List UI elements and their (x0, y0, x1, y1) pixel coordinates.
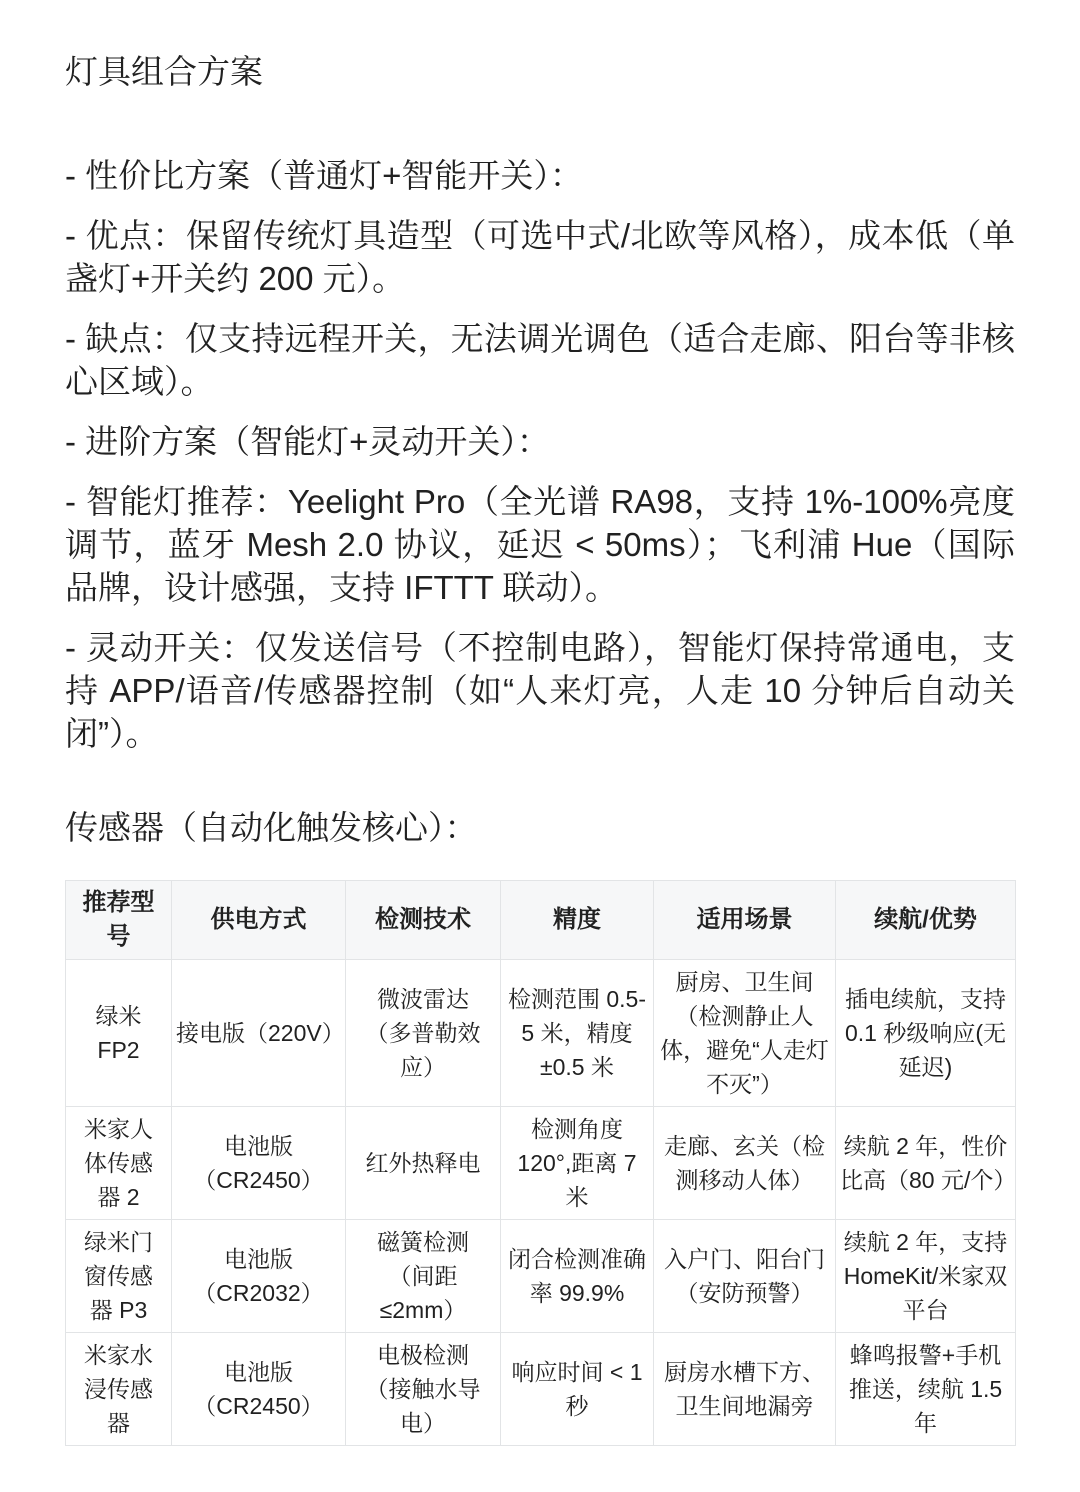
table-cell: 绿米FP2 (66, 960, 172, 1107)
table-header-technology: 检测技术 (346, 881, 501, 960)
table-header-power: 供电方式 (172, 881, 346, 960)
table-header-precision: 精度 (501, 881, 654, 960)
table-cell: 绿米门窗传感器 P3 (66, 1220, 172, 1333)
table-cell: 接电版（220V） (172, 960, 346, 1107)
table-cell: 电池版（CR2032） (172, 1220, 346, 1333)
table-cell: 电池版（CR2450） (172, 1107, 346, 1220)
paragraph-pros: - 优点：保留传统灯具造型（可选中式/北欧等风格），成本低（单盏灯+开关约 20… (65, 214, 1015, 300)
table-cell: 续航 2 年，支持 HomeKit/米家双平台 (836, 1220, 1016, 1333)
paragraph-advanced-plan: - 进阶方案（智能灯+灵动开关）： (65, 420, 1015, 463)
table-cell: 红外热释电 (346, 1107, 501, 1220)
table-row: 绿米FP2 接电版（220V） 微波雷达（多普勒效应） 检测范围 0.5-5 米… (66, 960, 1016, 1107)
section-heading-sensors: 传感器（自动化触发核心）： (65, 806, 1015, 849)
table-header-model: 推荐型号 (66, 881, 172, 960)
table-cell: 厨房水槽下方、卫生间地漏旁 (654, 1333, 836, 1446)
paragraph-cons: - 缺点：仅支持远程开关，无法调光调色（适合走廊、阳台等非核心区域）。 (65, 317, 1015, 403)
table-cell: 检测范围 0.5-5 米，精度±0.5 米 (501, 960, 654, 1107)
table-row: 绿米门窗传感器 P3 电池版（CR2032） 磁簧检测（间距≤2mm） 闭合检测… (66, 1220, 1016, 1333)
paragraph-smart-light-recommendation: - 智能灯推荐：Yeelight Pro（全光谱 RA98，支持 1%-100%… (65, 480, 1015, 609)
table-cell: 微波雷达（多普勒效应） (346, 960, 501, 1107)
table-row: 米家人体传感器 2 电池版（CR2450） 红外热释电 检测角度 120°,距离… (66, 1107, 1016, 1220)
document-page: 灯具组合方案 - 性价比方案（普通灯+智能开关）： - 优点：保留传统灯具造型（… (0, 0, 1080, 1492)
table-cell: 电池版（CR2450） (172, 1333, 346, 1446)
table-cell: 入户门、阳台门（安防预警） (654, 1220, 836, 1333)
table-cell: 米家人体传感器 2 (66, 1107, 172, 1220)
paragraph-wireless-switch: - 灵动开关：仅发送信号（不控制电路），智能灯保持常通电，支持 APP/语音/传… (65, 626, 1015, 755)
table-cell: 检测角度 120°,距离 7 米 (501, 1107, 654, 1220)
table-cell: 米家水浸传感器 (66, 1333, 172, 1446)
table-cell: 磁簧检测（间距≤2mm） (346, 1220, 501, 1333)
table-cell: 插电续航，支持 0.1 秒级响应(无延迟) (836, 960, 1016, 1107)
table-cell: 闭合检测准确率 99.9% (501, 1220, 654, 1333)
table-row: 米家水浸传感器 电池版（CR2450） 电极检测（接触水导电） 响应时间 < 1… (66, 1333, 1016, 1446)
page-title: 灯具组合方案 (65, 50, 1015, 93)
sensor-comparison-table: 推荐型号 供电方式 检测技术 精度 适用场景 续航/优势 绿米FP2 接电版（2… (65, 880, 1016, 1446)
table-cell: 厨房、卫生间（检测静止人体，避免“人走灯不灭”） (654, 960, 836, 1107)
table-header-scenario: 适用场景 (654, 881, 836, 960)
paragraph-budget-plan: - 性价比方案（普通灯+智能开关）： (65, 154, 1015, 197)
table-header-battery-advantage: 续航/优势 (836, 881, 1016, 960)
table-cell: 响应时间 < 1 秒 (501, 1333, 654, 1446)
table-cell: 电极检测（接触水导电） (346, 1333, 501, 1446)
table-header-row: 推荐型号 供电方式 检测技术 精度 适用场景 续航/优势 (66, 881, 1016, 960)
table-cell: 蜂鸣报警+手机推送，续航 1.5 年 (836, 1333, 1016, 1446)
table-cell: 续航 2 年，性价比高（80 元/个） (836, 1107, 1016, 1220)
table-cell: 走廊、玄关（检测移动人体） (654, 1107, 836, 1220)
